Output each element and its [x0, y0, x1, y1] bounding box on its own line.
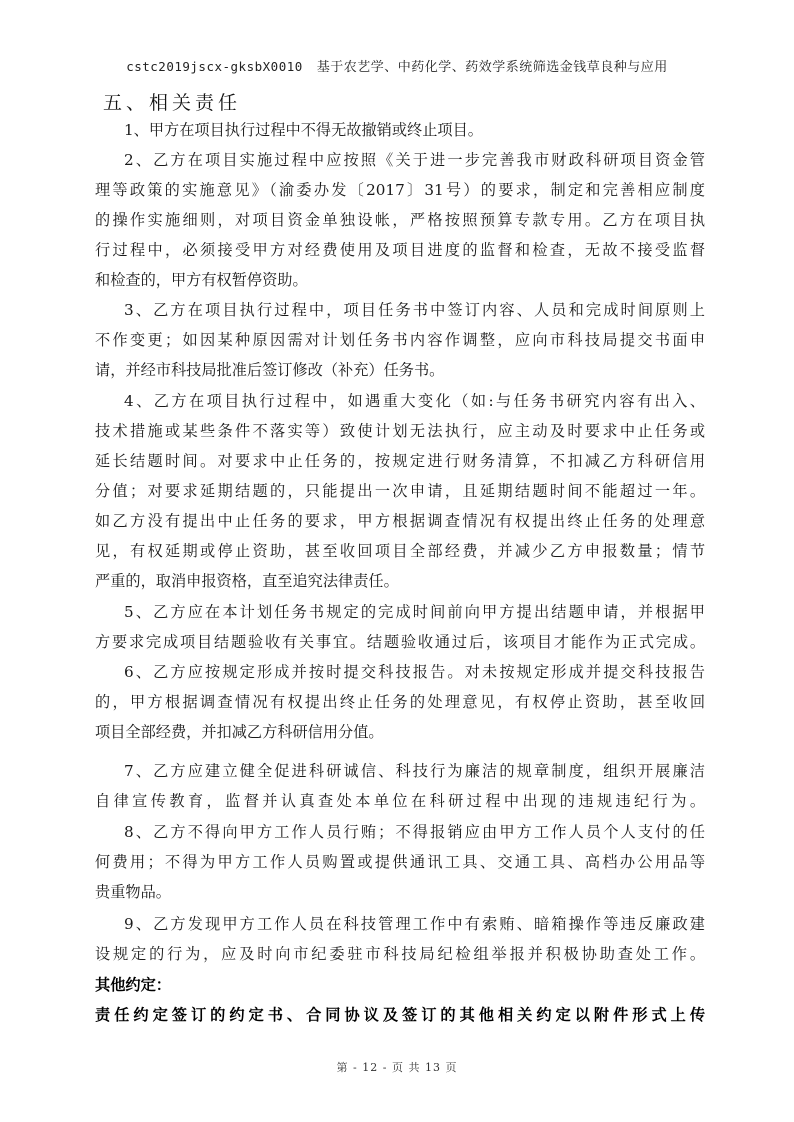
paragraph-line: 不作变更；如因某种原因需对计划任务书内容作调整，应向市科技局提交书面申 — [95, 329, 705, 351]
paragraph-line: 请，并经市科技局批准后签订修改（补充）任务书。 — [95, 359, 705, 381]
paragraph-line: 和检查的，甲方有权暂停资助。 — [95, 269, 705, 291]
paragraph-line: 项目全部经费，并扣减乙方科研信用分值。 — [95, 721, 705, 743]
paragraph-line: 自律宣传教育，监督并认真查处本单位在科研过程中出现的违规违纪行为。 — [95, 790, 705, 812]
page-header: cstc2019jscx-gksbX0010基于农艺学、中药化学、药效学系统筛选… — [0, 56, 794, 75]
paragraph-line: 3、乙方在项目执行过程中，项目任务书中签订内容、人员和完成时间原则上 — [124, 299, 705, 321]
bold-text-line: 责任约定签订的约定书、合同协议及签订的其他相关约定以附件形式上传 — [95, 1004, 705, 1026]
paragraph-line: 技术措施或某些条件不落实等）致使计划无法执行，应主动及时要求中止任务或 — [95, 420, 705, 442]
paragraph-line: 4、乙方在项目执行过程中，如遇重大变化（如:与任务书研究内容有出入、 — [124, 390, 705, 412]
paragraph-line: 理等政策的实施意见》（渝委办发〔2017〕31号）的要求，制定和完善相应制度 — [95, 179, 705, 201]
paragraph-line: 9、乙方发现甲方工作人员在科技管理工作中有索贿、暗箱操作等违反廉政建 — [124, 913, 705, 935]
paragraph-line: 2、乙方在项目实施过程中应按照《关于进一步完善我市财政科研项目资金管 — [124, 149, 705, 171]
paragraph-line: 延长结题时间。对要求中止任务的，按规定进行财务清算，不扣减乙方科研信用 — [95, 450, 705, 472]
paragraph-line: 7、乙方应建立健全促进科研诚信、科技行为廉洁的规章制度，组织开展廉洁 — [124, 760, 705, 782]
paragraph-line: 行过程中，必须接受甲方对经费使用及项目进度的监督和检查，无故不接受监督 — [95, 239, 705, 261]
paragraph-line: 的，甲方根据调查情况有权提出终止任务的处理意见，有权停止资助，甚至收回 — [95, 691, 705, 713]
bold-text-line: 其他约定： — [95, 974, 705, 996]
paragraph-line: 8、乙方不得向甲方工作人员行贿；不得报销应由甲方工作人员个人支付的任 — [124, 821, 705, 843]
paragraph-line: 方要求完成项目结题验收有关事宜。结题验收通过后，该项目才能作为正式完成。 — [95, 631, 705, 653]
paragraph-line: 5、乙方应在本计划任务书规定的完成时间前向甲方提出结题申请，并根据甲 — [124, 601, 705, 623]
paragraph-line: 分值；对要求延期结题的，只能提出一次申请，且延期结题时间不能超过一年。 — [95, 480, 705, 502]
paragraph-line: 的操作实施细则，对项目资金单独设帐，严格按照预算专款专用。乙方在项目执 — [95, 209, 705, 231]
paragraph-line: 如乙方没有提出中止任务的要求，甲方根据调查情况有权提出终止任务的处理意 — [95, 510, 705, 532]
section-title: 五、相关责任 — [103, 88, 241, 115]
paragraph-line: 6、乙方应按规定形成并按时提交科技报告。对未按规定形成并提交科技报告 — [124, 661, 705, 683]
paragraph-line: 1、甲方在项目执行过程中不得无故撤销或终止项目。 — [124, 119, 705, 141]
paragraph-line: 见，有权延期或停止资助，甚至收回项目全部经费，并减少乙方申报数量；情节 — [95, 540, 705, 562]
project-code: cstc2019jscx-gksbX0010 — [126, 59, 303, 74]
paragraph-line: 严重的，取消申报资格，直至追究法律责任。 — [95, 570, 705, 592]
paragraph-line: 贵重物品。 — [95, 881, 705, 903]
page-footer: 第 - 12 - 页 共 13 页 — [0, 1059, 794, 1075]
paragraph-line: 设规定的行为，应及时向市纪委驻市科技局纪检组举报并积极协助查处工作。 — [95, 943, 705, 965]
paragraph-line: 何费用；不得为甲方工作人员购置或提供通讯工具、交通工具、高档办公用品等 — [95, 851, 705, 873]
project-title: 基于农艺学、中药化学、药效学系统筛选金钱草良种与应用 — [317, 60, 668, 75]
